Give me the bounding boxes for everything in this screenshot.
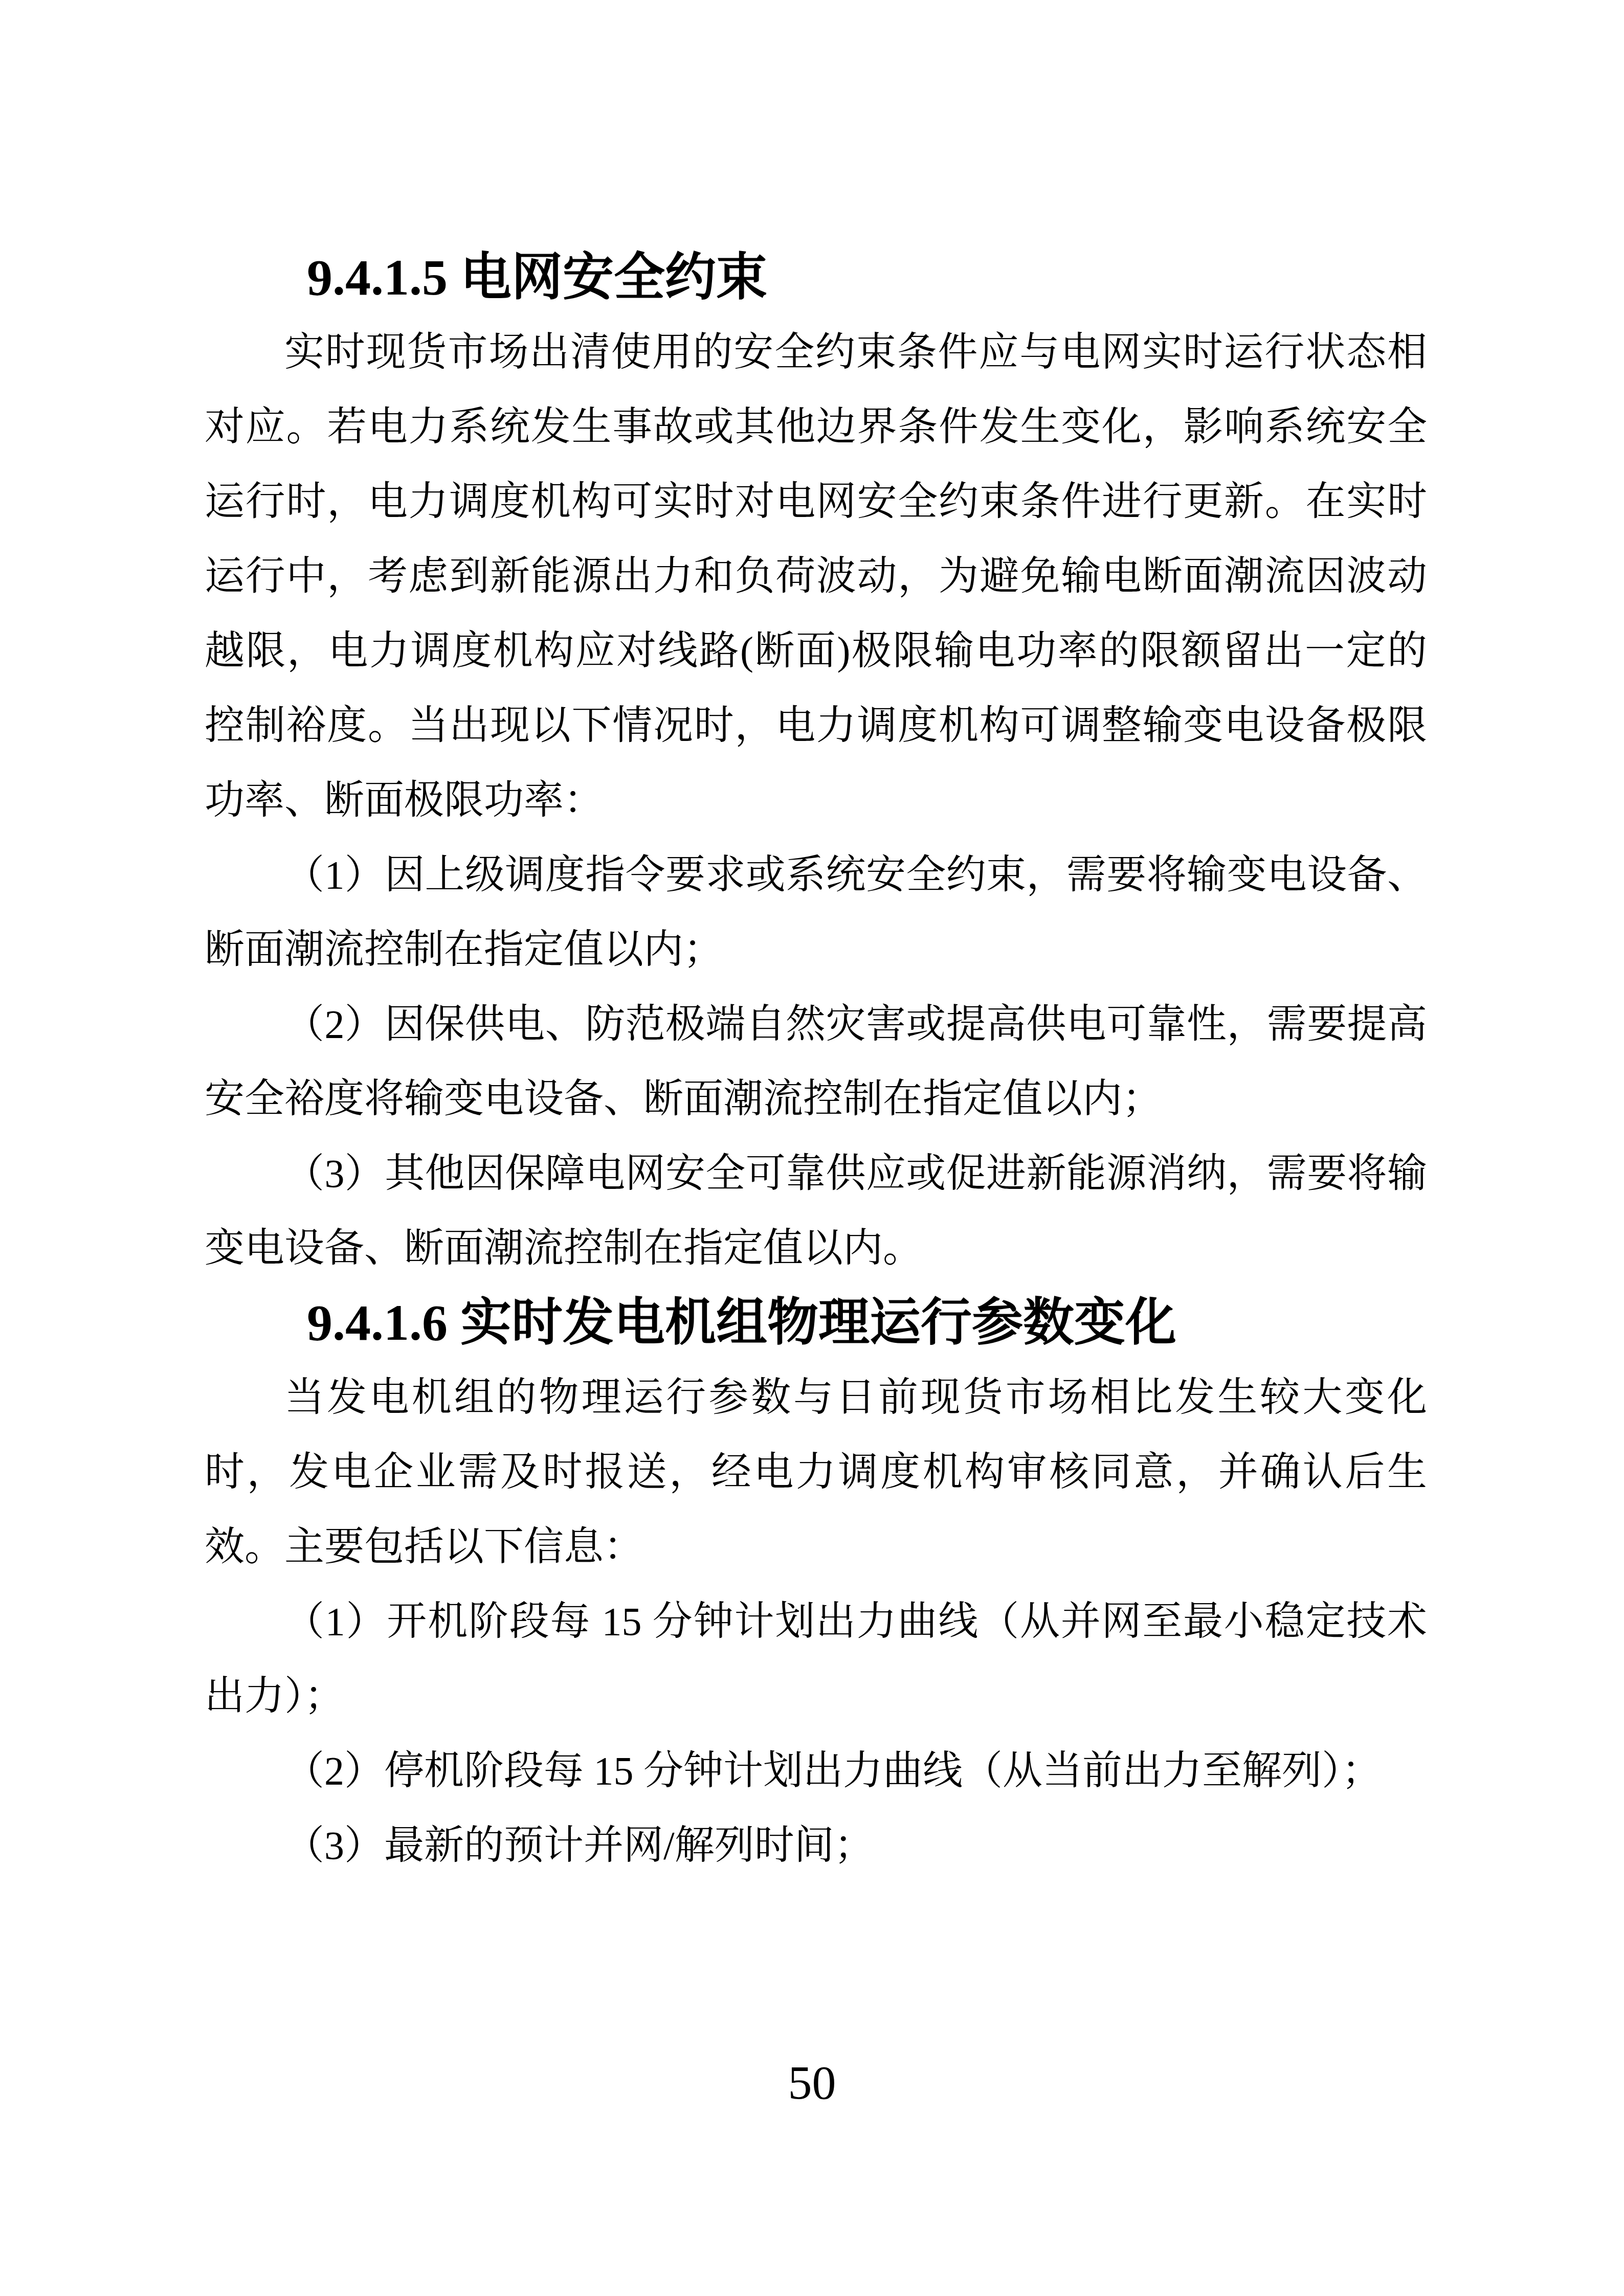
list-item-1: （1）开机阶段每 15 分钟计划出力曲线（从并网至最小稳定技术出力）； xyxy=(205,1584,1427,1734)
section-heading-9.4.1.6: 9.4.1.6 实时发电机组物理运行参数变化 xyxy=(205,1286,1427,1360)
list-item-3: （3）最新的预计并网/解列时间； xyxy=(205,1808,1427,1883)
section-heading-9.4.1.5: 9.4.1.5 电网安全约束 xyxy=(205,240,1427,315)
page-number: 50 xyxy=(0,2045,1624,2120)
list-item-3: （3）其他因保障电网安全可靠供应或促进新能源消纳，需要将输变电设备、断面潮流控制… xyxy=(205,1136,1427,1286)
list-item-1: （1）因上级调度指令要求或系统安全约束，需要将输变电设备、断面潮流控制在指定值以… xyxy=(205,838,1427,987)
page-content: 9.4.1.5 电网安全约束 实时现货市场出清使用的安全约束条件应与电网实时运行… xyxy=(205,240,1427,1883)
list-item-2: （2）停机阶段每 15 分钟计划出力曲线（从当前出力至解列）； xyxy=(205,1734,1427,1808)
list-item-2: （2）因保供电、防范极端自然灾害或提高供电可靠性，需要提高安全裕度将输变电设备、… xyxy=(205,987,1427,1136)
body-paragraph: 当发电机组的物理运行参数与日前现货市场相比发生较大变化时，发电企业需及时报送，经… xyxy=(205,1360,1427,1584)
document-page: 9.4.1.5 电网安全约束 实时现货市场出清使用的安全约束条件应与电网实时运行… xyxy=(0,0,1624,2296)
body-paragraph: 实时现货市场出清使用的安全约束条件应与电网实时运行状态相对应。若电力系统发生事故… xyxy=(205,315,1427,838)
